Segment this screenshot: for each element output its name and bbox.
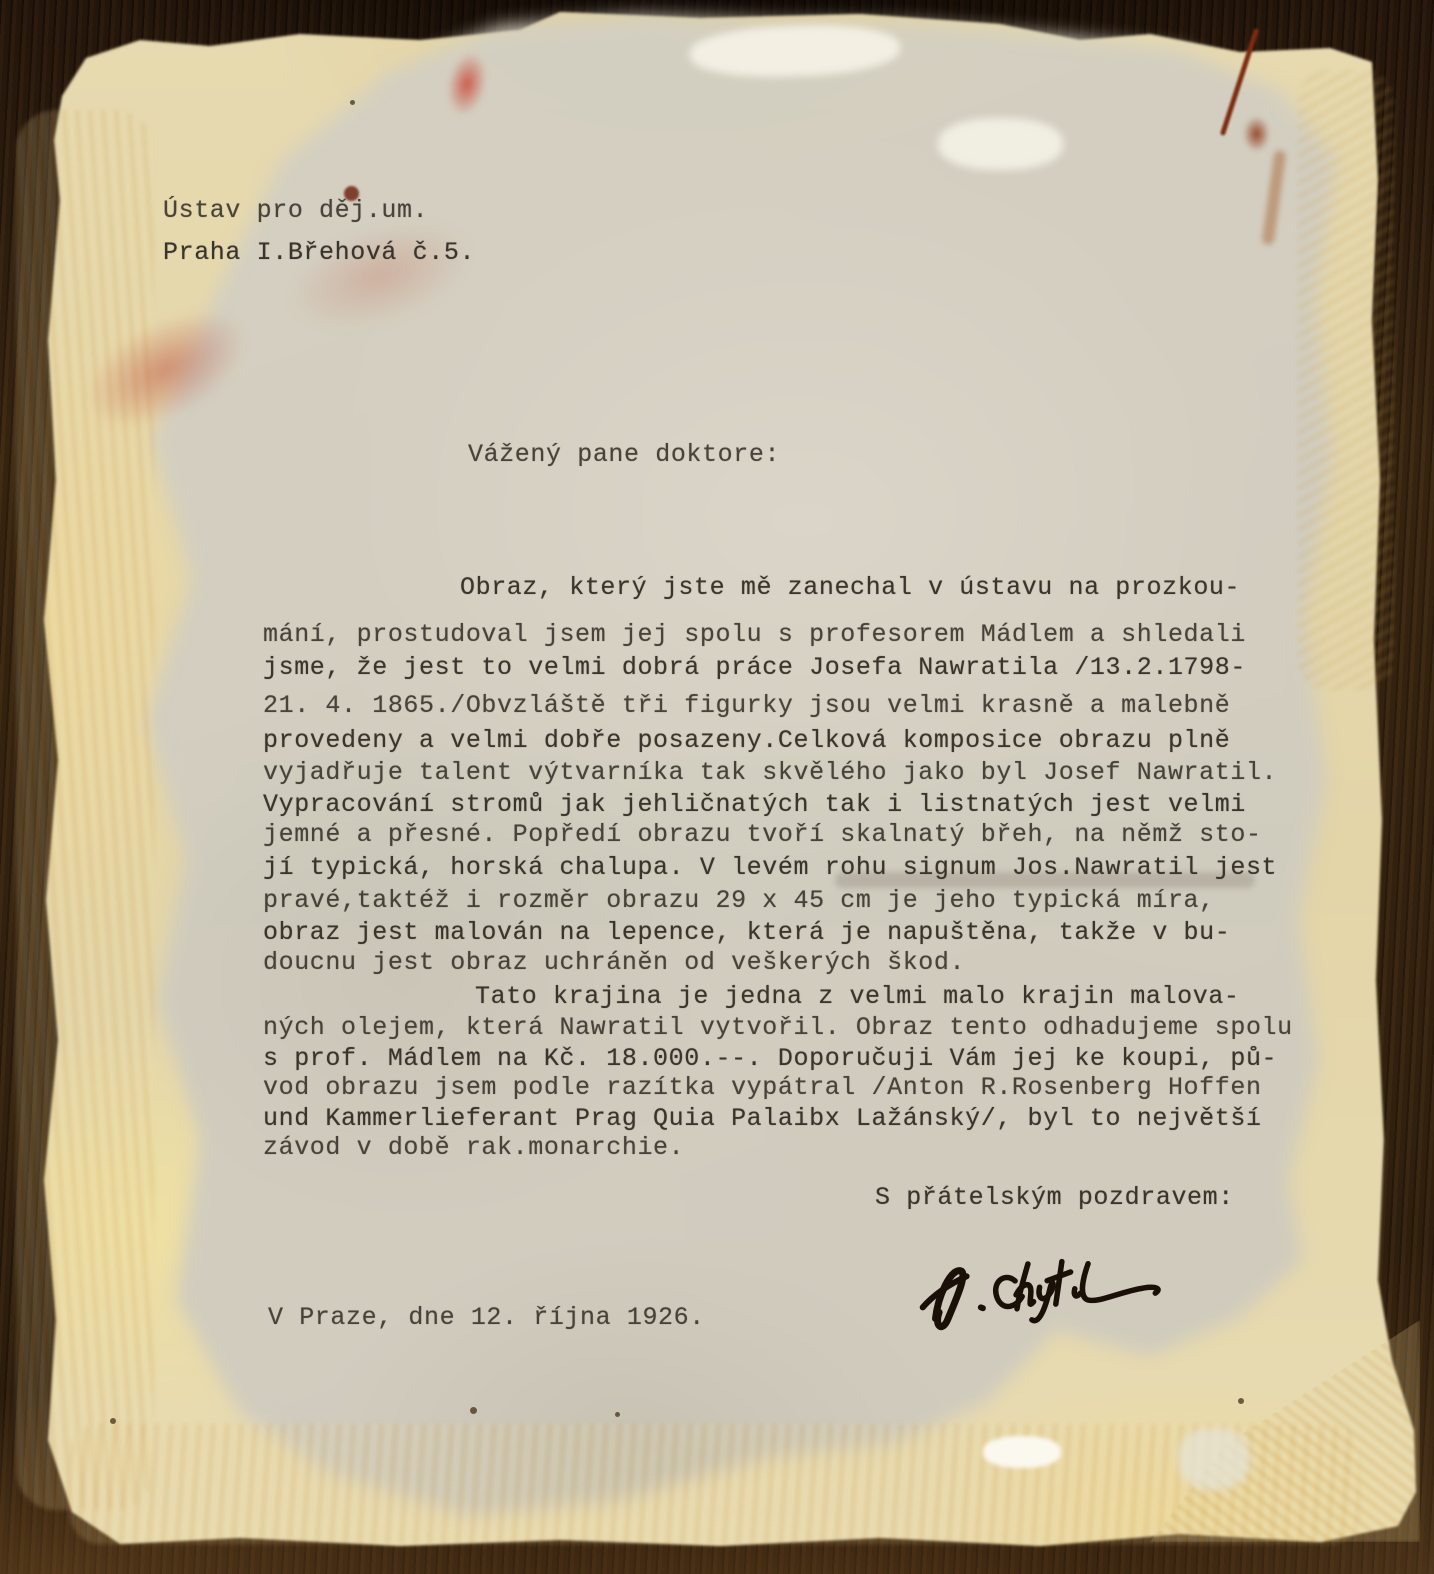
body-line: vyjadřuje talent výtvarníka tak skvělého… bbox=[263, 758, 1277, 787]
body-line: pravé,taktéž i rozměr obrazu 29 x 45 cm … bbox=[263, 886, 1215, 915]
body-line: Obraz, který jste mě zanechal v ústavu n… bbox=[460, 573, 1240, 602]
letter-photo: Ústav pro děj.um. Praha I.Břehová č.5. V… bbox=[0, 0, 1434, 1574]
body-line: mání, prostudoval jsem jej spolu s profe… bbox=[263, 620, 1246, 649]
letter-text: Ústav pro děj.um. Praha I.Břehová č.5. V… bbox=[0, 0, 1434, 1574]
body-line: Tato krajina je jedna z velmi malo kraji… bbox=[475, 982, 1240, 1011]
body-line: ných olejem, která Nawratil vytvořil. Ob… bbox=[263, 1013, 1293, 1042]
signature-ink bbox=[909, 1230, 1206, 1355]
closing: S přátelským pozdravem: bbox=[875, 1183, 1234, 1212]
body-line: s prof. Mádlem na Kč. 18.000.--. Doporuč… bbox=[263, 1044, 1277, 1073]
body-line: 21. 4. 1865./Obvzláště tři figurky jsou … bbox=[263, 691, 1230, 720]
body-line: vod obrazu jsem podle razítka vypátral /… bbox=[263, 1073, 1262, 1102]
body-line: jemné a přesné. Popředí obrazu tvoří ska… bbox=[263, 820, 1262, 849]
body-line: závod v době rak.monarchie. bbox=[263, 1133, 684, 1162]
sender-institute: Ústav pro děj.um. bbox=[163, 196, 428, 225]
body-line: und Kammerlieferant Prag Quia Palaibx La… bbox=[263, 1104, 1262, 1133]
body-line: provedeny a velmi dobře posazeny.Celková… bbox=[263, 726, 1230, 755]
sender-address: Praha I.Břehová č.5. bbox=[163, 238, 475, 267]
body-line: Vypracování stromů jak jehličnatých tak … bbox=[263, 790, 1246, 819]
salutation: Vážený pane doktore: bbox=[468, 440, 780, 469]
body-line: obraz jest malován na lepence, která je … bbox=[263, 918, 1230, 947]
dateline: V Praze, dne 12. října 1926. bbox=[268, 1303, 705, 1332]
body-line: jsme, že jest to velmi dobrá práce Josef… bbox=[263, 653, 1246, 682]
body-line: jí typická, horská chalupa. V levém rohu… bbox=[263, 853, 1277, 882]
body-line: doucnu jest obraz uchráněn od veškerých … bbox=[263, 948, 965, 977]
